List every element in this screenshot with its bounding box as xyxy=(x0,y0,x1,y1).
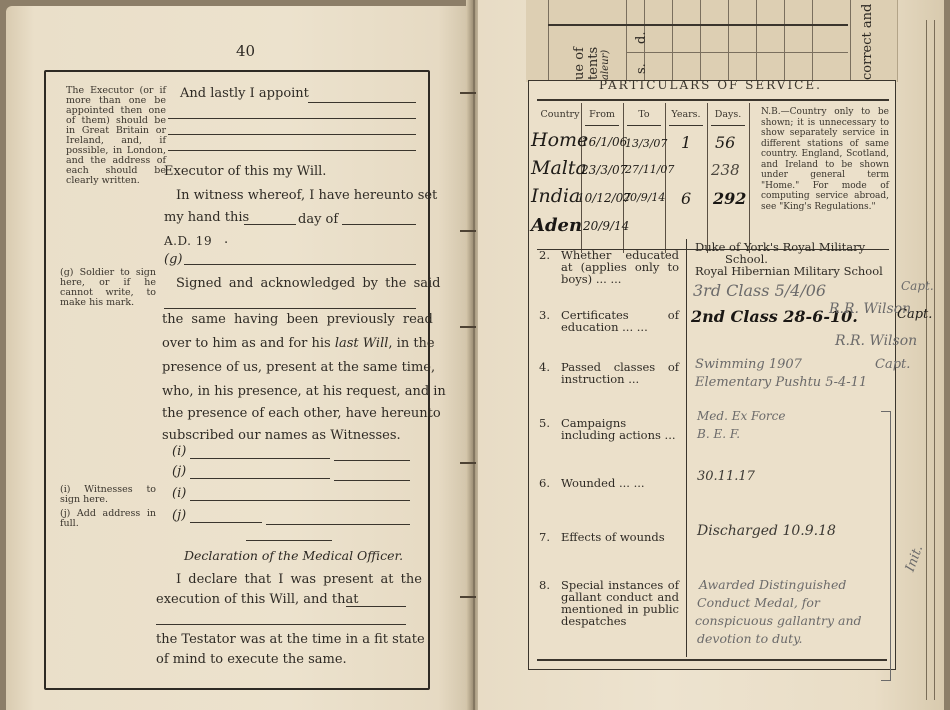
header-days: Days. xyxy=(707,109,749,120)
witness-1-extra-line[interactable] xyxy=(334,460,410,461)
witness-1-signature-line[interactable] xyxy=(190,458,330,459)
row-from: 23/3/07 xyxy=(581,163,627,177)
right-page-service: ue of tents aleur) s. d. correct and PAR… xyxy=(478,0,944,710)
item-text: Passed classes of instruction ... xyxy=(561,361,679,385)
day-line[interactable] xyxy=(244,224,296,225)
binding-stitch xyxy=(460,230,476,232)
swimming-entry: Swimming 1907 xyxy=(695,357,802,372)
appoint-text: And lastly I appoint xyxy=(180,86,309,101)
item-text: Campaigns including actions ... xyxy=(561,417,679,441)
cert-3rd-class: 3rd Class 5/4/06 xyxy=(693,281,826,300)
j-mark-2: (j) xyxy=(172,508,186,523)
service-table: Country From To Years. Days. Home 16/1/0… xyxy=(537,99,889,101)
medical-line-4: of mind to execute the same. xyxy=(156,652,347,667)
particulars-of-service-frame: PARTICULARS OF SERVICE. Country From To … xyxy=(528,80,896,670)
strip-shillings: s. xyxy=(634,63,649,74)
dcm-line-3: conspicuous gallantry and xyxy=(695,613,862,628)
school-duke-of-york: Duke of York's Royal Military xyxy=(695,241,865,254)
row-from: 20/9/14 xyxy=(583,219,629,233)
campaign-med-ex-force: Med. Ex Force xyxy=(697,409,786,423)
row-days: 292 xyxy=(713,189,746,208)
strip-line xyxy=(728,0,729,82)
ad-dot: . xyxy=(224,232,228,247)
strip-line xyxy=(700,0,701,82)
i-mark-1: (i) xyxy=(172,444,186,459)
strip-rule xyxy=(626,52,848,53)
campaign-bef: B. E. F. xyxy=(697,427,740,441)
item-text: Certificates of education ... ... xyxy=(561,309,679,333)
folded-page-strip: ue of tents aleur) s. d. correct and xyxy=(526,0,898,82)
my-hand-text: my hand this xyxy=(164,210,249,225)
strip-rotated-text: tents xyxy=(586,47,601,80)
signed-ack-text: Signed and acknowledged by the said xyxy=(176,276,440,291)
item-number: 5. xyxy=(539,417,550,429)
open-record-book: 40 The Executor (or if more than one be … xyxy=(0,0,950,710)
table-col-line xyxy=(749,103,750,253)
binding-stitch xyxy=(460,596,476,598)
item-number: 6. xyxy=(539,477,550,489)
header-underline xyxy=(669,125,703,126)
strip-line xyxy=(812,0,813,82)
dcm-line-4: devotion to duty. xyxy=(697,631,803,646)
medical-line-2: execution of this Will, and that xyxy=(156,592,358,607)
row-days: 238 xyxy=(711,161,740,179)
header-underline xyxy=(711,125,745,126)
medical-line-blank-1[interactable] xyxy=(346,606,406,607)
header-underline xyxy=(585,125,619,126)
row-days: 56 xyxy=(715,133,735,152)
header-years: Years. xyxy=(665,109,707,120)
margin-initials: Init. xyxy=(903,543,926,574)
item-number: 8. xyxy=(539,579,550,591)
soldier-signature-line[interactable] xyxy=(184,264,416,265)
executor-text: Executor of this my Will. xyxy=(164,164,326,179)
item-number: 7. xyxy=(539,531,550,543)
executor-name-line-1[interactable] xyxy=(168,118,416,119)
executor-name-line-3[interactable] xyxy=(168,150,416,151)
row-years: 1 xyxy=(681,133,691,152)
margin-note-witnesses: (i) Witnesses to sign here. (j) Add addr… xyxy=(60,485,156,529)
frame-bottom-rule xyxy=(537,659,887,661)
row-country: India xyxy=(531,185,580,207)
row-country: Home xyxy=(531,129,588,151)
day-of-text: day of xyxy=(298,212,338,227)
item-number: 3. xyxy=(539,309,550,321)
signature-title: Capt. xyxy=(897,307,932,322)
row-from: 16/1/06 xyxy=(581,135,627,149)
strip-line xyxy=(548,0,549,82)
row-to: 13/3/07 xyxy=(625,137,667,150)
ad-year: A.D. 19 xyxy=(164,234,212,248)
strip-pence: d. xyxy=(634,32,649,44)
section-title: PARTICULARS OF SERVICE. xyxy=(599,78,822,92)
header-to: To xyxy=(623,109,665,120)
item-number: 2. xyxy=(539,249,550,261)
strip-line xyxy=(756,0,757,82)
para-line-3: presence of us, present at the same time… xyxy=(162,360,435,375)
dcm-line-2: Conduct Medal, for xyxy=(697,595,820,610)
binding-stitch xyxy=(460,326,476,328)
left-page-will: 40 The Executor (or if more than one be … xyxy=(6,6,476,710)
witness-1-address-line[interactable] xyxy=(190,478,330,479)
table-col-line xyxy=(707,103,708,253)
wounded-date: 30.11.17 xyxy=(697,469,755,484)
will-form-frame: The Executor (or if more than one be app… xyxy=(44,70,430,690)
para-2a: over to him as and for his xyxy=(162,336,335,351)
margin-note-soldier: (g) Soldier to sign here, or if he canno… xyxy=(60,268,156,308)
witness-1-address-extra-line[interactable] xyxy=(334,480,410,481)
note-add-address: (j) Add address in full. xyxy=(60,509,156,529)
service-note: N.B.—Country only to be shown; it is unn… xyxy=(761,107,889,212)
entries-divider xyxy=(686,239,687,657)
discharged-entry: Discharged 10.9.18 xyxy=(697,523,836,539)
i-mark-2: (i) xyxy=(172,486,186,501)
pushtu-entry: Elementary Pushtu 5-4-11 xyxy=(695,375,867,390)
header-underline xyxy=(627,125,661,126)
para-2c: , in the xyxy=(388,336,434,351)
header-from: From xyxy=(581,109,623,120)
strip-line xyxy=(672,0,673,82)
strip-line xyxy=(850,0,851,82)
para-line-4: who, in his presence, at his request, an… xyxy=(162,384,446,399)
pencil-bracket xyxy=(881,411,891,681)
strip-rule xyxy=(548,24,848,26)
witness-whereof-text: In witness whereof, I have hereunto set xyxy=(176,188,437,203)
strip-correct-and: correct and xyxy=(860,4,875,80)
witness-2-address-extra-line[interactable] xyxy=(266,524,410,525)
testator-name-line[interactable] xyxy=(164,308,416,309)
pencil-title: Capt. xyxy=(901,279,934,293)
para-line-6: subscribed our names as Witnesses. xyxy=(162,428,401,443)
appoint-line[interactable] xyxy=(308,102,416,103)
school-royal-hibernian: Royal Hibernian Military School xyxy=(695,265,883,278)
binding-stitch xyxy=(460,92,476,94)
row-country: Malta xyxy=(531,157,587,179)
officer-signature-2: R.R. Wilson xyxy=(835,333,917,349)
month-line[interactable] xyxy=(342,224,416,225)
medical-line-1: I declare that I was present at the xyxy=(176,572,422,587)
binding-stitch xyxy=(460,462,476,464)
strip-line xyxy=(626,0,627,82)
row-country: Aden xyxy=(531,215,582,236)
para-line-5: the presence of each other, have hereunt… xyxy=(162,406,441,421)
note-witnesses-sign: (i) Witnesses to sign here. xyxy=(60,485,156,505)
item-text: Special instances of gallant conduct and… xyxy=(561,579,679,627)
page-edge xyxy=(926,20,927,700)
witness-2-address-line[interactable] xyxy=(190,522,262,523)
item-text: Effects of wounds xyxy=(561,531,679,543)
medical-line-3: the Testator was at the time in a fit st… xyxy=(156,632,425,647)
header-country: Country xyxy=(539,109,581,120)
row-to: 27/11/07 xyxy=(625,163,674,176)
para-line-2: over to him as and for his last Will, in… xyxy=(162,336,435,351)
medical-line-blank-2[interactable] xyxy=(156,624,406,625)
row-years: 6 xyxy=(681,189,691,208)
row-to: 20/9/14 xyxy=(623,191,665,204)
witness-2-signature-line[interactable] xyxy=(190,500,410,501)
dcm-line-1: Awarded Distinguished xyxy=(699,577,846,592)
page-number: 40 xyxy=(236,42,255,60)
item-text: Wounded ... ... xyxy=(561,477,679,489)
medical-title: Declaration of the Medical Officer. xyxy=(184,548,403,563)
strip-rotated-text: aleur) xyxy=(600,50,611,80)
margin-note-executor: The Executor (or if more than one be app… xyxy=(66,86,166,186)
item-number: 4. xyxy=(539,361,550,373)
para-line-1: the same having been previously read xyxy=(162,312,433,327)
section-separator xyxy=(246,540,332,541)
item-text: Whether educated at (applies only to boy… xyxy=(561,249,679,285)
page-edge xyxy=(934,20,935,700)
j-mark-1: (j) xyxy=(172,464,186,479)
signature-title-2: Capt. xyxy=(875,357,910,372)
last-will-italic: last Will xyxy=(335,336,389,351)
executor-name-line-2[interactable] xyxy=(168,134,416,135)
table-col-line xyxy=(665,103,666,253)
strip-line xyxy=(784,0,785,82)
strip-rotated-text: ue of xyxy=(572,47,587,80)
g-mark: (g) xyxy=(164,252,182,267)
